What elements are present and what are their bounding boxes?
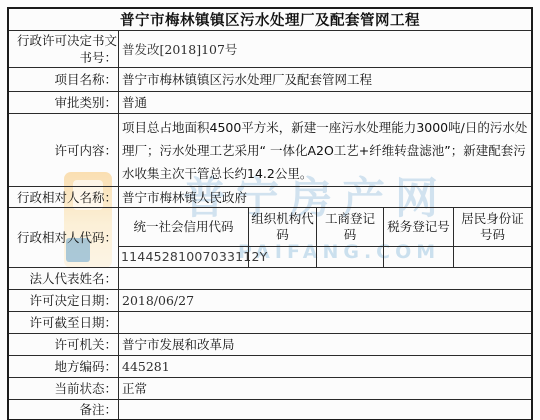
row-label: 法人代表姓名： [9, 268, 119, 289]
code-column-header: 工商登记码 [316, 208, 383, 246]
row-label: 审批类别： [9, 92, 119, 113]
code-sub-table: 统一社会信用代码 组织机构代码 工商登记码 税务登记号 居民身份证号码 1144… [119, 208, 531, 267]
code-column-header: 组织机构代码 [248, 208, 316, 246]
credit-code-value: 11445281007033112Y [119, 247, 248, 267]
table-row-local-code: 地方编码： 445281 [9, 355, 531, 377]
row-value: 普宁市发展和改革局 [119, 334, 531, 355]
row-value [119, 400, 531, 419]
table-row-approval-type: 审批类别： 普通 [9, 91, 531, 113]
row-label: 备注： [9, 400, 119, 419]
row-label: 项目名称： [9, 68, 119, 91]
row-label: 许可截至日期： [9, 312, 119, 333]
code-column-header: 统一社会信用代码 [119, 208, 248, 246]
table-row-counterpart-name: 行政相对人名称： 普宁市梅林镇人民政府 [9, 186, 531, 207]
permit-table: 普宁市梅林镇镇区污水处理厂及配套管网工程 行政许可决定书文书号： 普发改[201… [7, 7, 533, 420]
row-label: 行政相对人代码： [9, 208, 119, 267]
org-code-value [248, 247, 316, 267]
document-page: 普宁房产网 PAIFANG.COM 普宁市梅林镇镇区污水处理厂及配套管网工程 行… [0, 0, 540, 420]
row-value [119, 268, 531, 289]
page-title: 普宁市梅林镇镇区污水处理厂及配套管网工程 [120, 9, 420, 30]
row-label: 许可机关： [9, 334, 119, 355]
row-value: 2018/06/27 [119, 290, 531, 311]
table-row-title: 普宁市梅林镇镇区污水处理厂及配套管网工程 [9, 9, 531, 30]
table-row-legal-representative: 法人代表姓名： [9, 267, 531, 289]
row-value: 项目总占地面积4500平方米，新建一座污水处理能力3000吨/日的污水处理厂；污… [119, 114, 531, 186]
code-column-header: 税务登记号 [383, 208, 453, 246]
row-value [119, 312, 531, 333]
row-label: 行政许可决定书文书号： [9, 31, 119, 67]
row-value: 普发改[2018]107号 [119, 31, 531, 67]
row-label: 当前状态： [9, 378, 119, 399]
row-label: 许可决定日期： [9, 290, 119, 311]
table-row-remarks: 备注： [9, 399, 531, 419]
id-number-value [453, 247, 531, 267]
row-label: 地方编码： [9, 356, 119, 377]
table-row-expiry-date: 许可截至日期： [9, 311, 531, 333]
table-row-current-status: 当前状态： 正常 [9, 377, 531, 399]
row-label: 许可内容： [9, 114, 119, 186]
row-value: 普通 [119, 92, 531, 113]
code-values-row: 11445281007033112Y [119, 246, 531, 267]
table-row-decision-date: 许可决定日期： 2018/06/27 [9, 289, 531, 311]
table-row-project-name: 项目名称： 普宁市梅林镇镇区污水处理厂及配套管网工程 [9, 67, 531, 91]
table-row-document-number: 行政许可决定书文书号： 普发改[2018]107号 [9, 30, 531, 67]
table-row-permit-content: 许可内容： 项目总占地面积4500平方米，新建一座污水处理能力3000吨/日的污… [9, 113, 531, 186]
row-value: 普宁市梅林镇人民政府 [119, 187, 531, 207]
code-header-row: 统一社会信用代码 组织机构代码 工商登记码 税务登记号 居民身份证号码 [119, 208, 531, 246]
row-label: 行政相对人名称： [9, 187, 119, 207]
row-value: 445281 [119, 356, 531, 377]
row-value: 普宁市梅林镇镇区污水处理厂及配套管网工程 [119, 68, 531, 91]
row-value: 正常 [119, 378, 531, 399]
table-row-counterpart-codes: 行政相对人代码： 统一社会信用代码 组织机构代码 工商登记码 税务登记号 居民身… [9, 207, 531, 267]
code-column-header: 居民身份证号码 [453, 208, 531, 246]
business-reg-code-value [316, 247, 383, 267]
tax-reg-code-value [383, 247, 453, 267]
table-row-permit-authority: 许可机关： 普宁市发展和改革局 [9, 333, 531, 355]
